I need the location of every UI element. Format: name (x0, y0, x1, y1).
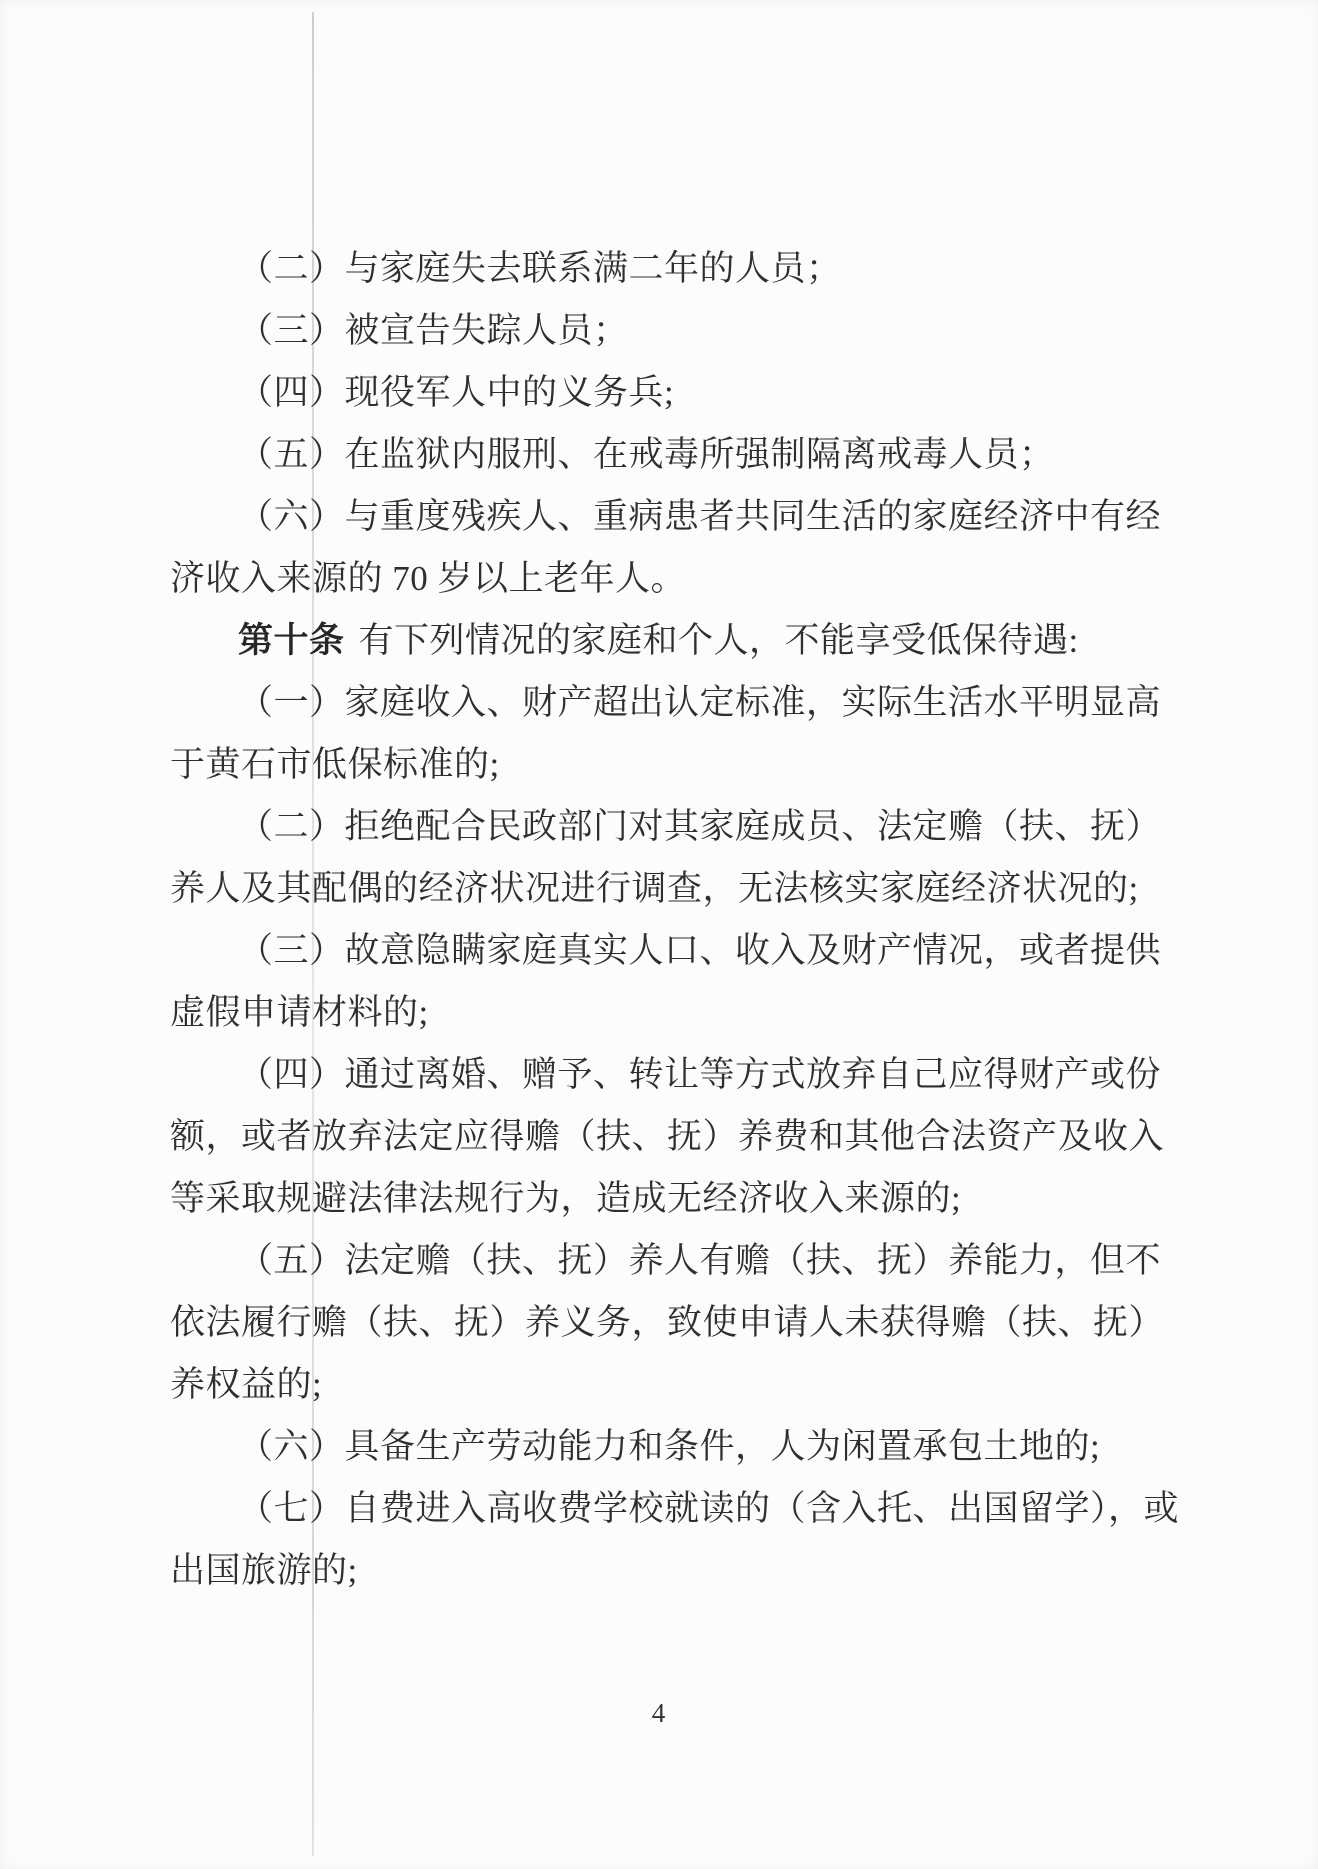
text-line: 养人及其配偶的经济状况进行调查，无法核实家庭经济状况的; (170, 858, 1155, 920)
text-line: （七）自费进入高收费学校就读的（含入托、出国留学），或 (170, 1478, 1155, 1540)
text-line: （六）与重度残疾人、重病患者共同生活的家庭经济中有经 (170, 486, 1155, 548)
text-line: （三）故意隐瞒家庭真实人口、收入及财产情况，或者提供 (170, 920, 1155, 982)
text-line: 养权益的; (170, 1354, 1155, 1416)
text-line: 出国旅游的; (170, 1540, 1155, 1602)
text-line: 第十条有下列情况的家庭和个人，不能享受低保待遇: (170, 610, 1155, 672)
text-line: 额，或者放弃法定应得赡（扶、抚）养费和其他合法资产及收入 (170, 1106, 1155, 1168)
text-line: 等采取规避法律法规行为，造成无经济收入来源的; (170, 1168, 1155, 1230)
text-line: 虚假申请材料的; (170, 982, 1155, 1044)
text-line: （五）在监狱内服刑、在戒毒所强制隔离戒毒人员； (170, 424, 1155, 486)
text-line: 济收入来源的 70 岁以上老年人。 (170, 548, 1155, 610)
text-line: （三）被宣告失踪人员； (170, 300, 1155, 362)
text-line: （四）现役军人中的义务兵; (170, 362, 1155, 424)
document-text-block: （二）与家庭失去联系满二年的人员；（三）被宣告失踪人员；（四）现役军人中的义务兵… (170, 238, 1155, 1602)
text-line: （二）与家庭失去联系满二年的人员； (170, 238, 1155, 300)
text-line: （五）法定赡（扶、抚）养人有赡（扶、抚）养能力，但不 (170, 1230, 1155, 1292)
text-line-content: 有下列情况的家庭和个人，不能享受低保待遇: (359, 621, 1079, 660)
text-line: （四）通过离婚、赠予、转让等方式放弃自己应得财产或份 (170, 1044, 1155, 1106)
scanned-document-page: （二）与家庭失去联系满二年的人员；（三）被宣告失踪人员；（四）现役军人中的义务兵… (0, 0, 1318, 1869)
page-number: 4 (0, 1698, 1318, 1729)
text-line: 于黄石市低保标准的; (170, 734, 1155, 796)
text-line: 依法履行赡（扶、抚）养义务，致使申请人未获得赡（扶、抚） (170, 1292, 1155, 1354)
article-number: 第十条 (238, 621, 345, 660)
text-line: （二）拒绝配合民政部门对其家庭成员、法定赡（扶、抚） (170, 796, 1155, 858)
text-line: （六）具备生产劳动能力和条件，人为闲置承包土地的; (170, 1416, 1155, 1478)
text-line: （一）家庭收入、财产超出认定标准，实际生活水平明显高 (170, 672, 1155, 734)
